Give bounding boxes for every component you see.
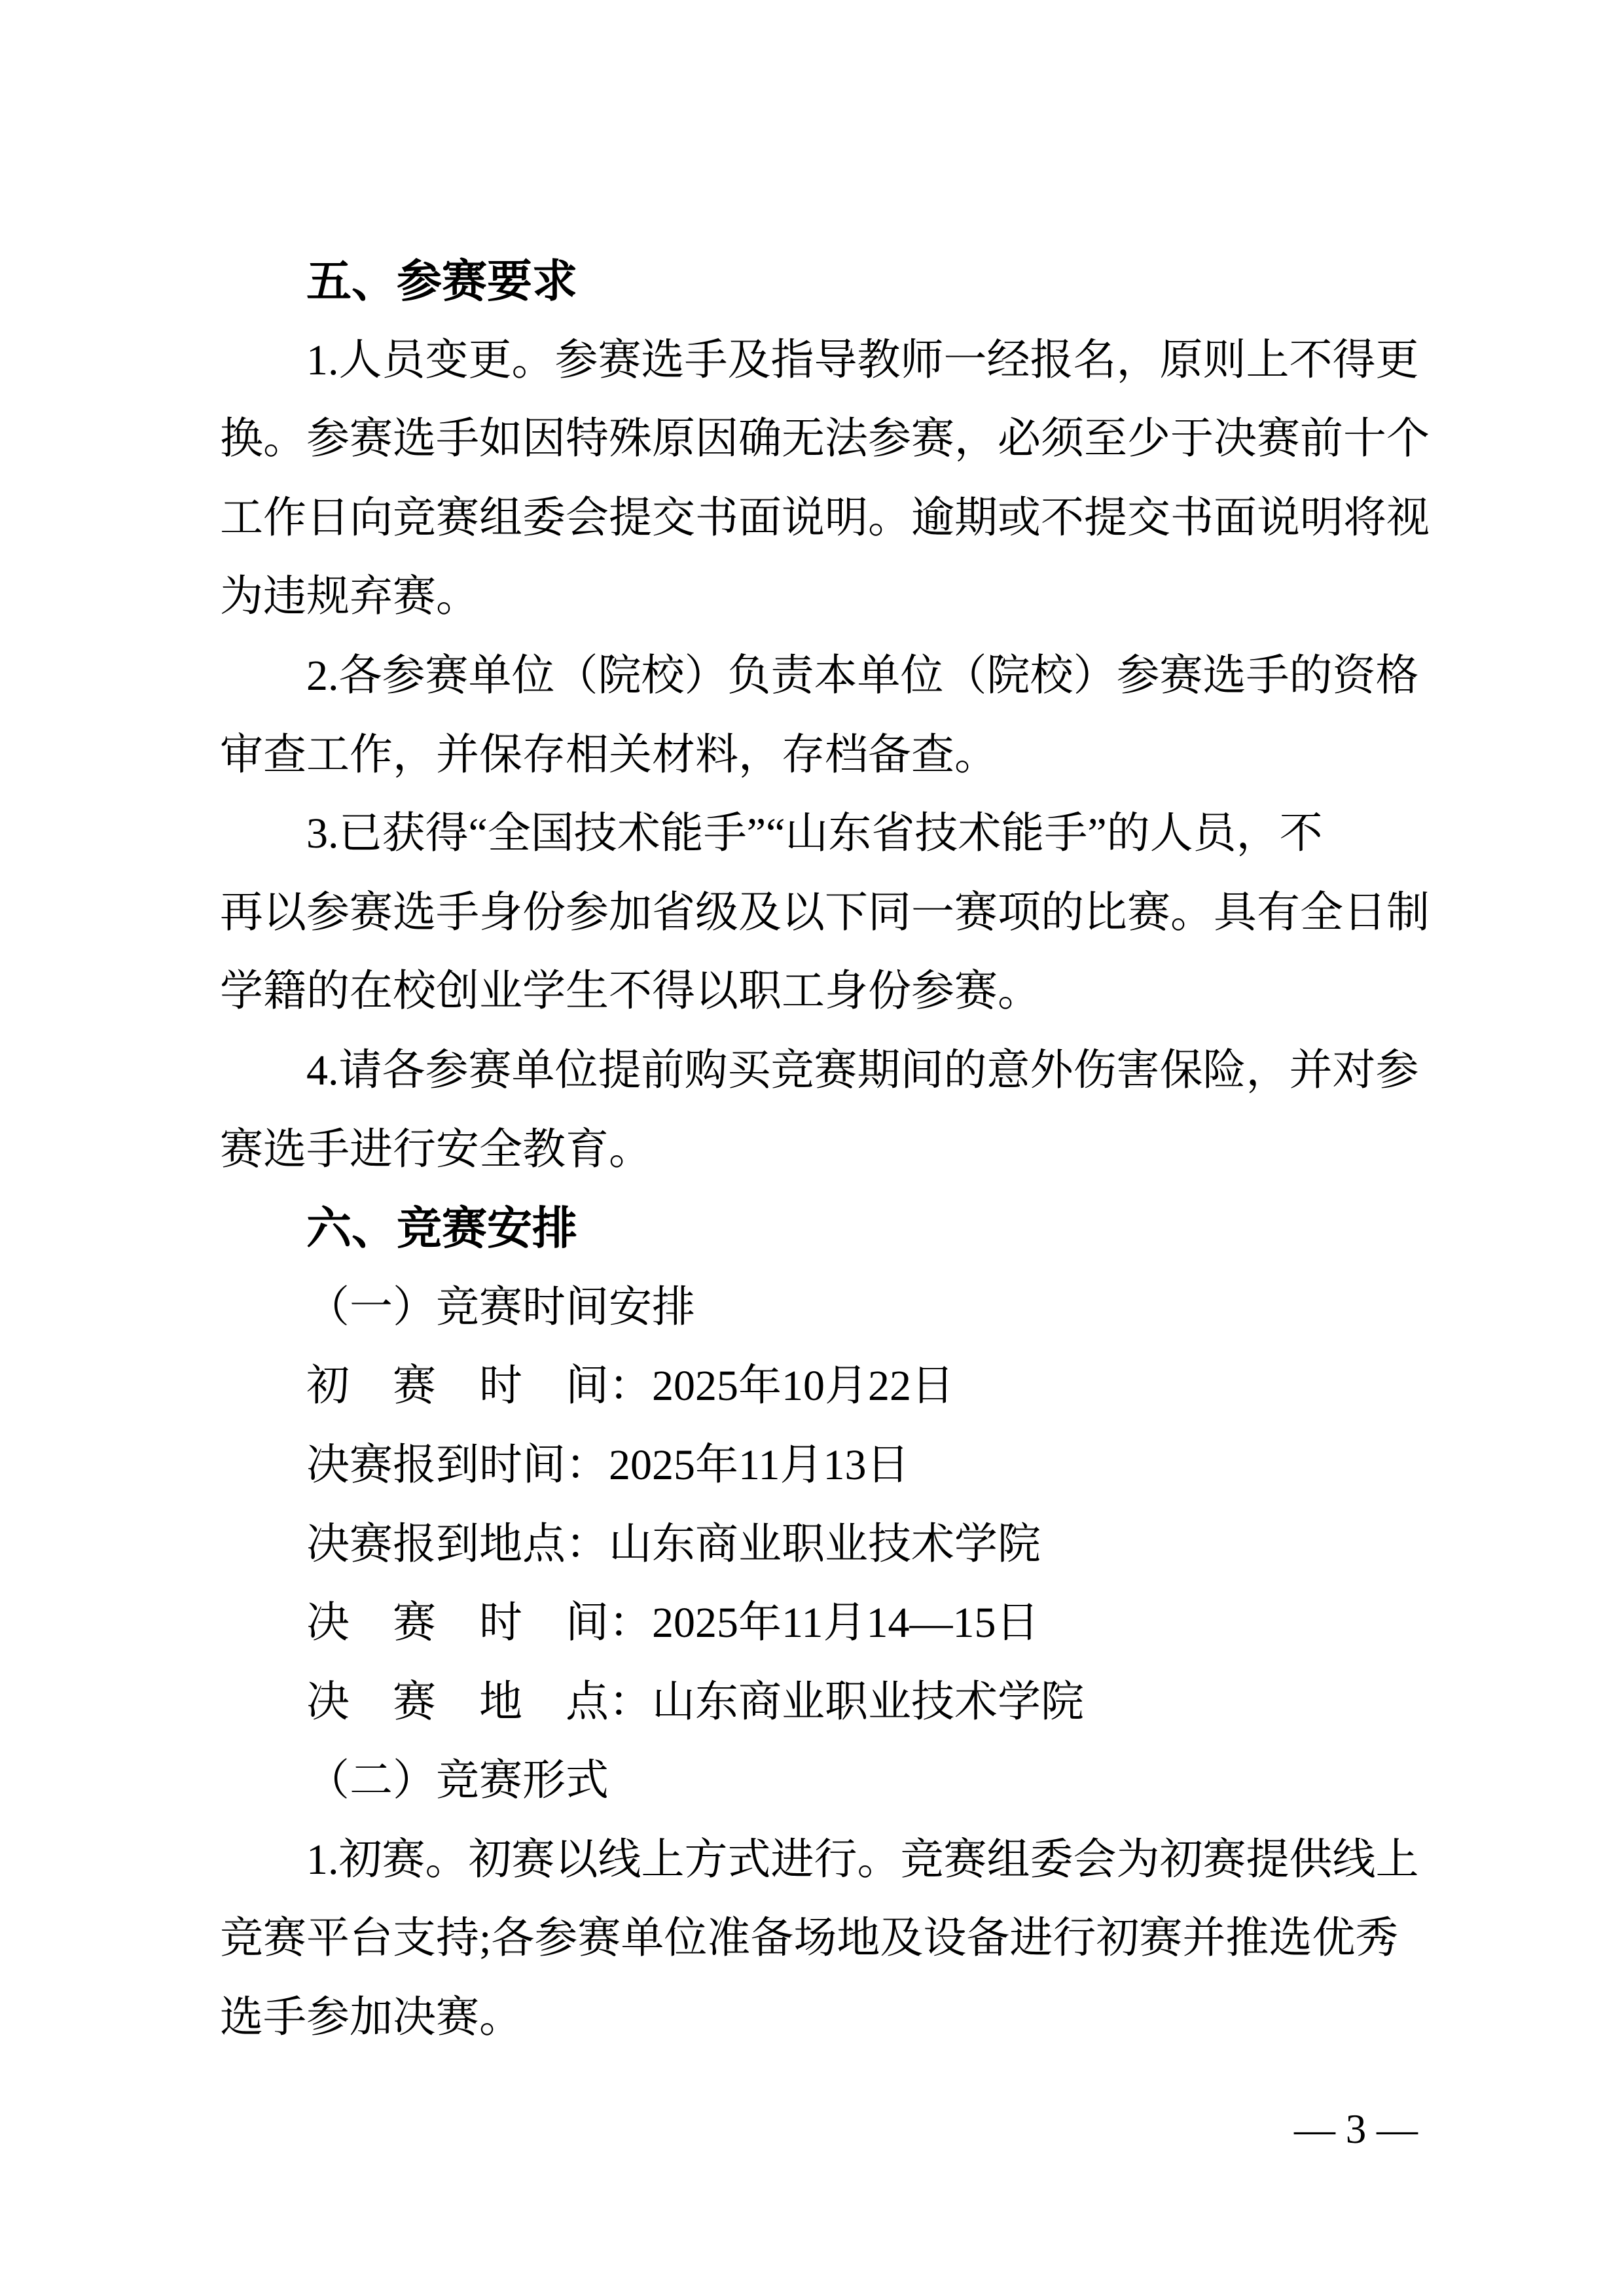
- paragraph-line-skill-master-rule-3: 学籍的在校创业学生不得以职工身份参赛。: [220, 952, 1424, 1031]
- subsection-heading-time-arrangement: （一）竞赛时间安排: [220, 1268, 1424, 1348]
- paragraph-line-preliminary-format-2: 竞赛平台支持;各参赛单位准备场地及设备进行初赛并推选优秀: [220, 1899, 1424, 1979]
- paragraph-line-insurance-2: 赛选手进行安全教育。: [220, 1111, 1424, 1190]
- paragraph-line-personnel-change-3: 工作日向竞赛组委会提交书面说明。逾期或不提交书面说明将视: [220, 479, 1424, 558]
- page-number: — 3 —: [1294, 2106, 1418, 2152]
- paragraph-line-personnel-change-1: 1.人员变更。参赛选手及指导教师一经报名，原则上不得更: [220, 321, 1424, 401]
- section-heading-entry-requirements: 五、参赛要求: [220, 242, 1424, 321]
- schedule-line-preliminary-time: 初 赛 时 间：2025年10月22日: [220, 1347, 1424, 1426]
- schedule-line-final-checkin-time: 决赛报到时间：2025年11月13日: [220, 1426, 1424, 1505]
- paragraph-line-personnel-change-4: 为违规弃赛。: [220, 558, 1424, 637]
- paragraph-line-qualification-review-1: 2.各参赛单位（院校）负责本单位（院校）参赛选手的资格: [220, 637, 1424, 716]
- document-body: 五、参赛要求 1.人员变更。参赛选手及指导教师一经报名，原则上不得更 换。参赛选…: [220, 242, 1424, 2058]
- schedule-line-final-time: 决 赛 时 间：2025年11月14—15日: [220, 1584, 1424, 1663]
- paragraph-line-skill-master-rule-1: 3.已获得“全国技术能手”“山东省技术能手”的人员，不: [220, 795, 1424, 874]
- paragraph-line-preliminary-format-3: 选手参加决赛。: [220, 1979, 1424, 2058]
- schedule-line-final-location: 决 赛 地 点：山东商业职业技术学院: [220, 1663, 1424, 1742]
- document-page: 五、参赛要求 1.人员变更。参赛选手及指导教师一经报名，原则上不得更 换。参赛选…: [0, 0, 1624, 2296]
- paragraph-line-preliminary-format-1: 1.初赛。初赛以线上方式进行。竞赛组委会为初赛提供线上: [220, 1821, 1424, 1900]
- paragraph-line-skill-master-rule-2: 再以参赛选手身份参加省级及以下同一赛项的比赛。具有全日制: [220, 874, 1424, 953]
- paragraph-line-personnel-change-2: 换。参赛选手如因特殊原因确无法参赛，必须至少于决赛前十个: [220, 400, 1424, 479]
- paragraph-line-qualification-review-2: 审查工作，并保存相关材料，存档备查。: [220, 716, 1424, 795]
- schedule-line-final-checkin-location: 决赛报到地点：山东商业职业技术学院: [220, 1505, 1424, 1585]
- section-heading-competition-arrangement: 六、竞赛安排: [220, 1189, 1424, 1268]
- subsection-heading-competition-format: （二）竞赛形式: [220, 1742, 1424, 1821]
- paragraph-line-insurance-1: 4.请各参赛单位提前购买竞赛期间的意外伤害保险，并对参: [220, 1031, 1424, 1111]
